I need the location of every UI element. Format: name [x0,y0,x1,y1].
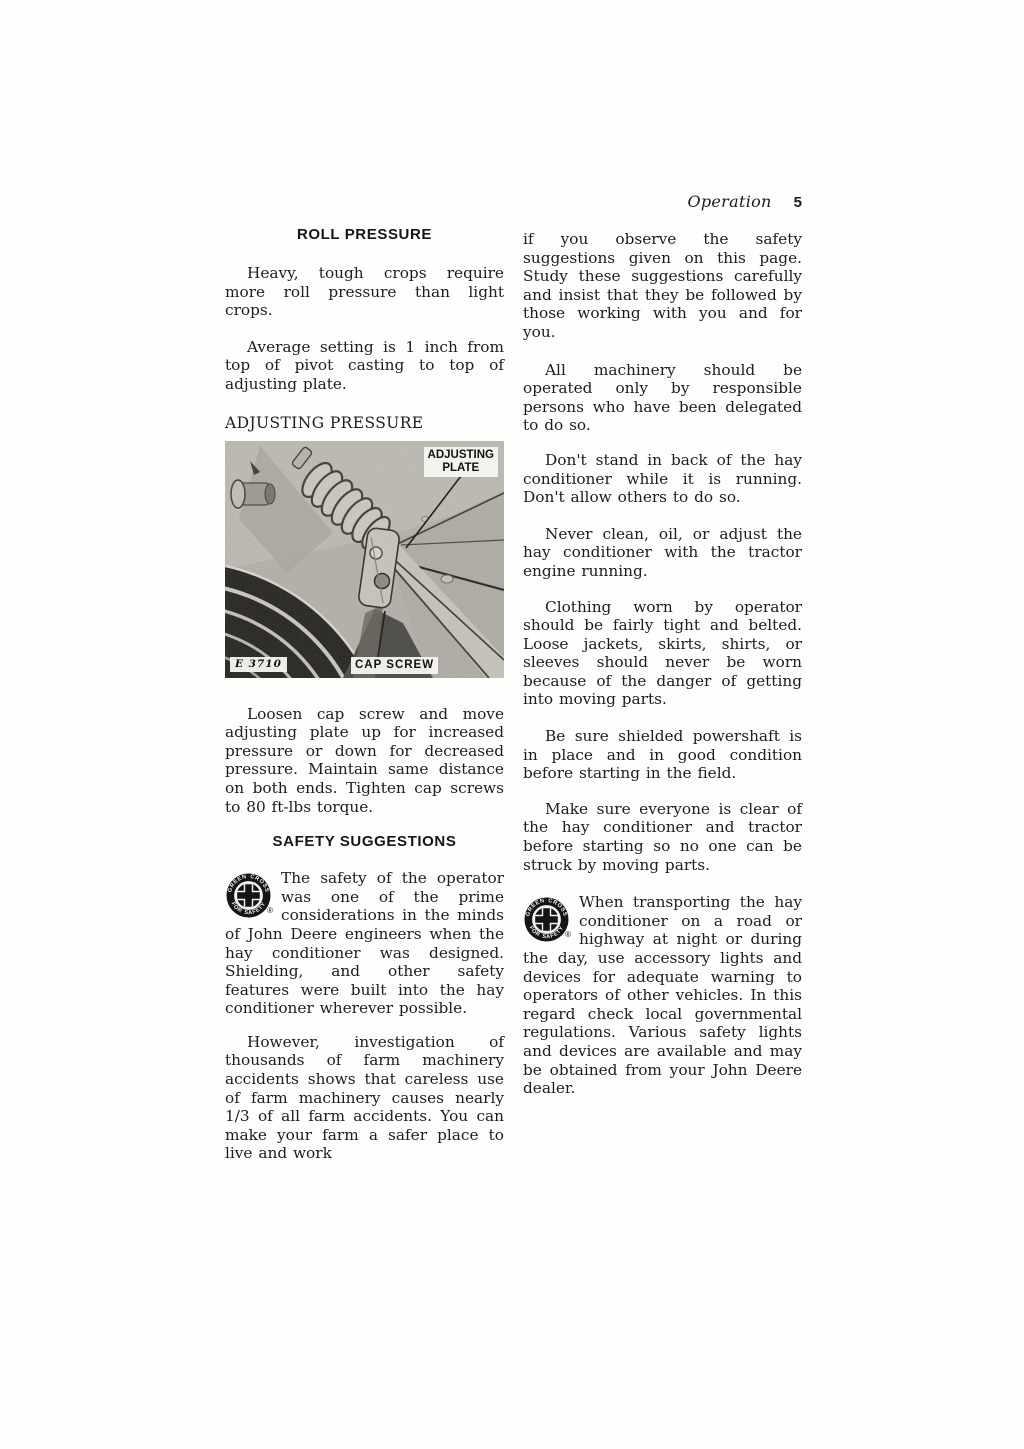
paragraph-safety-continued: if you observe the safety suggestions gi… [523,230,802,342]
paragraph-everyone-clear: Make sure everyone is clear of the hay c… [523,800,802,874]
safety-suggestions-heading: SAFETY SUGGESTIONS [225,833,504,850]
paragraph-never-clean: Never clean, oil, or adjust the hay cond… [523,525,802,581]
registered-mark: ® [565,926,571,945]
section-title: Operation [687,192,771,211]
paragraph-roll-pressure-1: Heavy, tough crops require more roll pre… [225,264,504,320]
green-cross-safety-icon: GREEN CROSS FOR SAFETY ® [225,872,272,922]
adjusting-pressure-figure: ADJUSTING PLATE CAP SCREW E 3710 [225,441,504,678]
adjusting-pressure-heading: ADJUSTING PRESSURE [225,414,504,432]
paragraph-roll-pressure-2: Average setting is 1 inch from top of pi… [225,338,504,394]
paragraph-transporting: GREEN CROSS FOR SAFETY ® When transporti… [523,893,802,1098]
page-number: 5 [794,194,802,211]
paragraph-clothing: Clothing worn by operator should be fair… [523,598,802,710]
page-header: Operation5 [225,192,802,211]
paragraph-safety-2: However, investigation of thousands of f… [225,1033,504,1163]
paragraph-adjusting-pressure: Loosen cap screw and move adjusting plat… [225,705,504,817]
manual-page: Operation5 ROLL PRESSURE Heavy, tough cr… [0,0,1024,1449]
left-column: ROLL PRESSURE Heavy, tough crops require… [225,224,504,1163]
registered-mark: ® [267,902,273,921]
roll-pressure-heading: ROLL PRESSURE [225,226,504,243]
paragraph-dont-stand: Don't stand in back of the hay condition… [523,451,802,507]
figure-label-adjusting-plate: ADJUSTING PLATE [424,447,498,477]
paragraph-machinery-operated: All machinery should be operated only by… [523,361,802,435]
right-column: if you observe the safety suggestions gi… [523,224,802,1098]
figure-label-cap-screw: CAP SCREW [351,657,438,674]
green-cross-safety-icon: GREEN CROSS FOR SAFETY ® [523,896,570,946]
figure-id-label: E 3710 [230,657,287,672]
paragraph-powershaft: Be sure shielded powershaft is in place … [523,727,802,783]
paragraph-safety-1: GREEN CROSS FOR SAFETY ® The safety of t… [225,869,504,1018]
